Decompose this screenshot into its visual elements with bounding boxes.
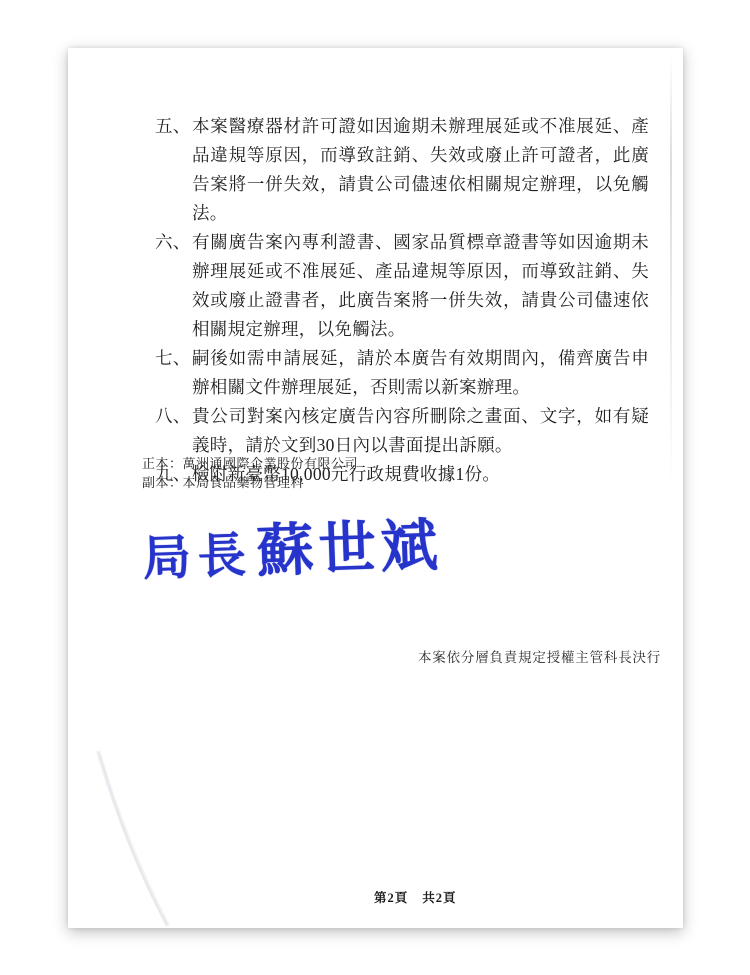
clause-item-5: 五、 本案醫療器材許可證如因逾期未辦理展延或不准展延、產品違規等原因，而導致註銷… xyxy=(155,112,649,228)
director-signature-stamp: 局長蘇世斌 xyxy=(141,500,444,592)
scan-fold-line xyxy=(670,56,672,486)
page-footer: 第2頁共2頁 xyxy=(374,888,457,906)
clause-number: 六、 xyxy=(155,228,192,257)
clause-item-8: 八、 貴公司對案內核定廣告內容所刪除之畫面、文字，如有疑義時，請於文到30日內以… xyxy=(155,402,649,460)
clause-item-7: 七、 嗣後如需申請展延，請於本廣告有效期間內，備齊廣告申辦相關文件辦理展延，否則… xyxy=(155,344,649,402)
clause-number: 七、 xyxy=(155,344,192,373)
clause-number: 八、 xyxy=(155,402,192,431)
clause-text: 貴公司對案內核定廣告內容所刪除之畫面、文字，如有疑義時，請於文到30日內以書面提… xyxy=(192,402,649,460)
clause-list: 五、 本案醫療器材許可證如因逾期未辦理展延或不准展延、產品違規等原因，而導致註銷… xyxy=(155,112,649,489)
copy-recipients: 正本：萬洲通國際企業股份有限公司 副本：本局食品藥物管理科 xyxy=(142,454,358,492)
document-sheet: 五、 本案醫療器材許可證如因逾期未辦理展延或不准展延、產品違規等原因，而導致註銷… xyxy=(68,48,683,928)
page-number-total: 共2頁 xyxy=(422,891,456,905)
copy-line-duplicate: 副本：本局食品藥物管理科 xyxy=(142,473,358,492)
clause-text: 嗣後如需申請展延，請於本廣告有效期間內，備齊廣告申辦相關文件辦理展延，否則需以新… xyxy=(192,344,649,402)
stamp-name: 蘇世斌 xyxy=(256,515,444,584)
clause-text: 本案醫療器材許可證如因逾期未辦理展延或不准展延、產品違規等原因，而導致註銷、失效… xyxy=(192,112,649,228)
delegation-note: 本案依分層負責規定授權主管科長決行 xyxy=(418,646,661,666)
page-number-current: 第2頁 xyxy=(374,891,408,905)
clause-number: 五、 xyxy=(155,112,192,141)
stamp-title: 局長 xyxy=(142,529,254,586)
clause-item-6: 六、 有關廣告案內專利證書、國家品質標章證書等如因逾期未辦理展延或不准展延、產品… xyxy=(155,228,649,344)
scan-background: 五、 本案醫療器材許可證如因逾期未辦理展延或不准展延、產品違規等原因，而導致註銷… xyxy=(0,0,750,975)
copy-line-original: 正本：萬洲通國際企業股份有限公司 xyxy=(142,454,358,473)
clause-text: 有關廣告案內專利證書、國家品質標章證書等如因逾期未辦理展延或不准展延、產品違規等… xyxy=(192,228,649,344)
